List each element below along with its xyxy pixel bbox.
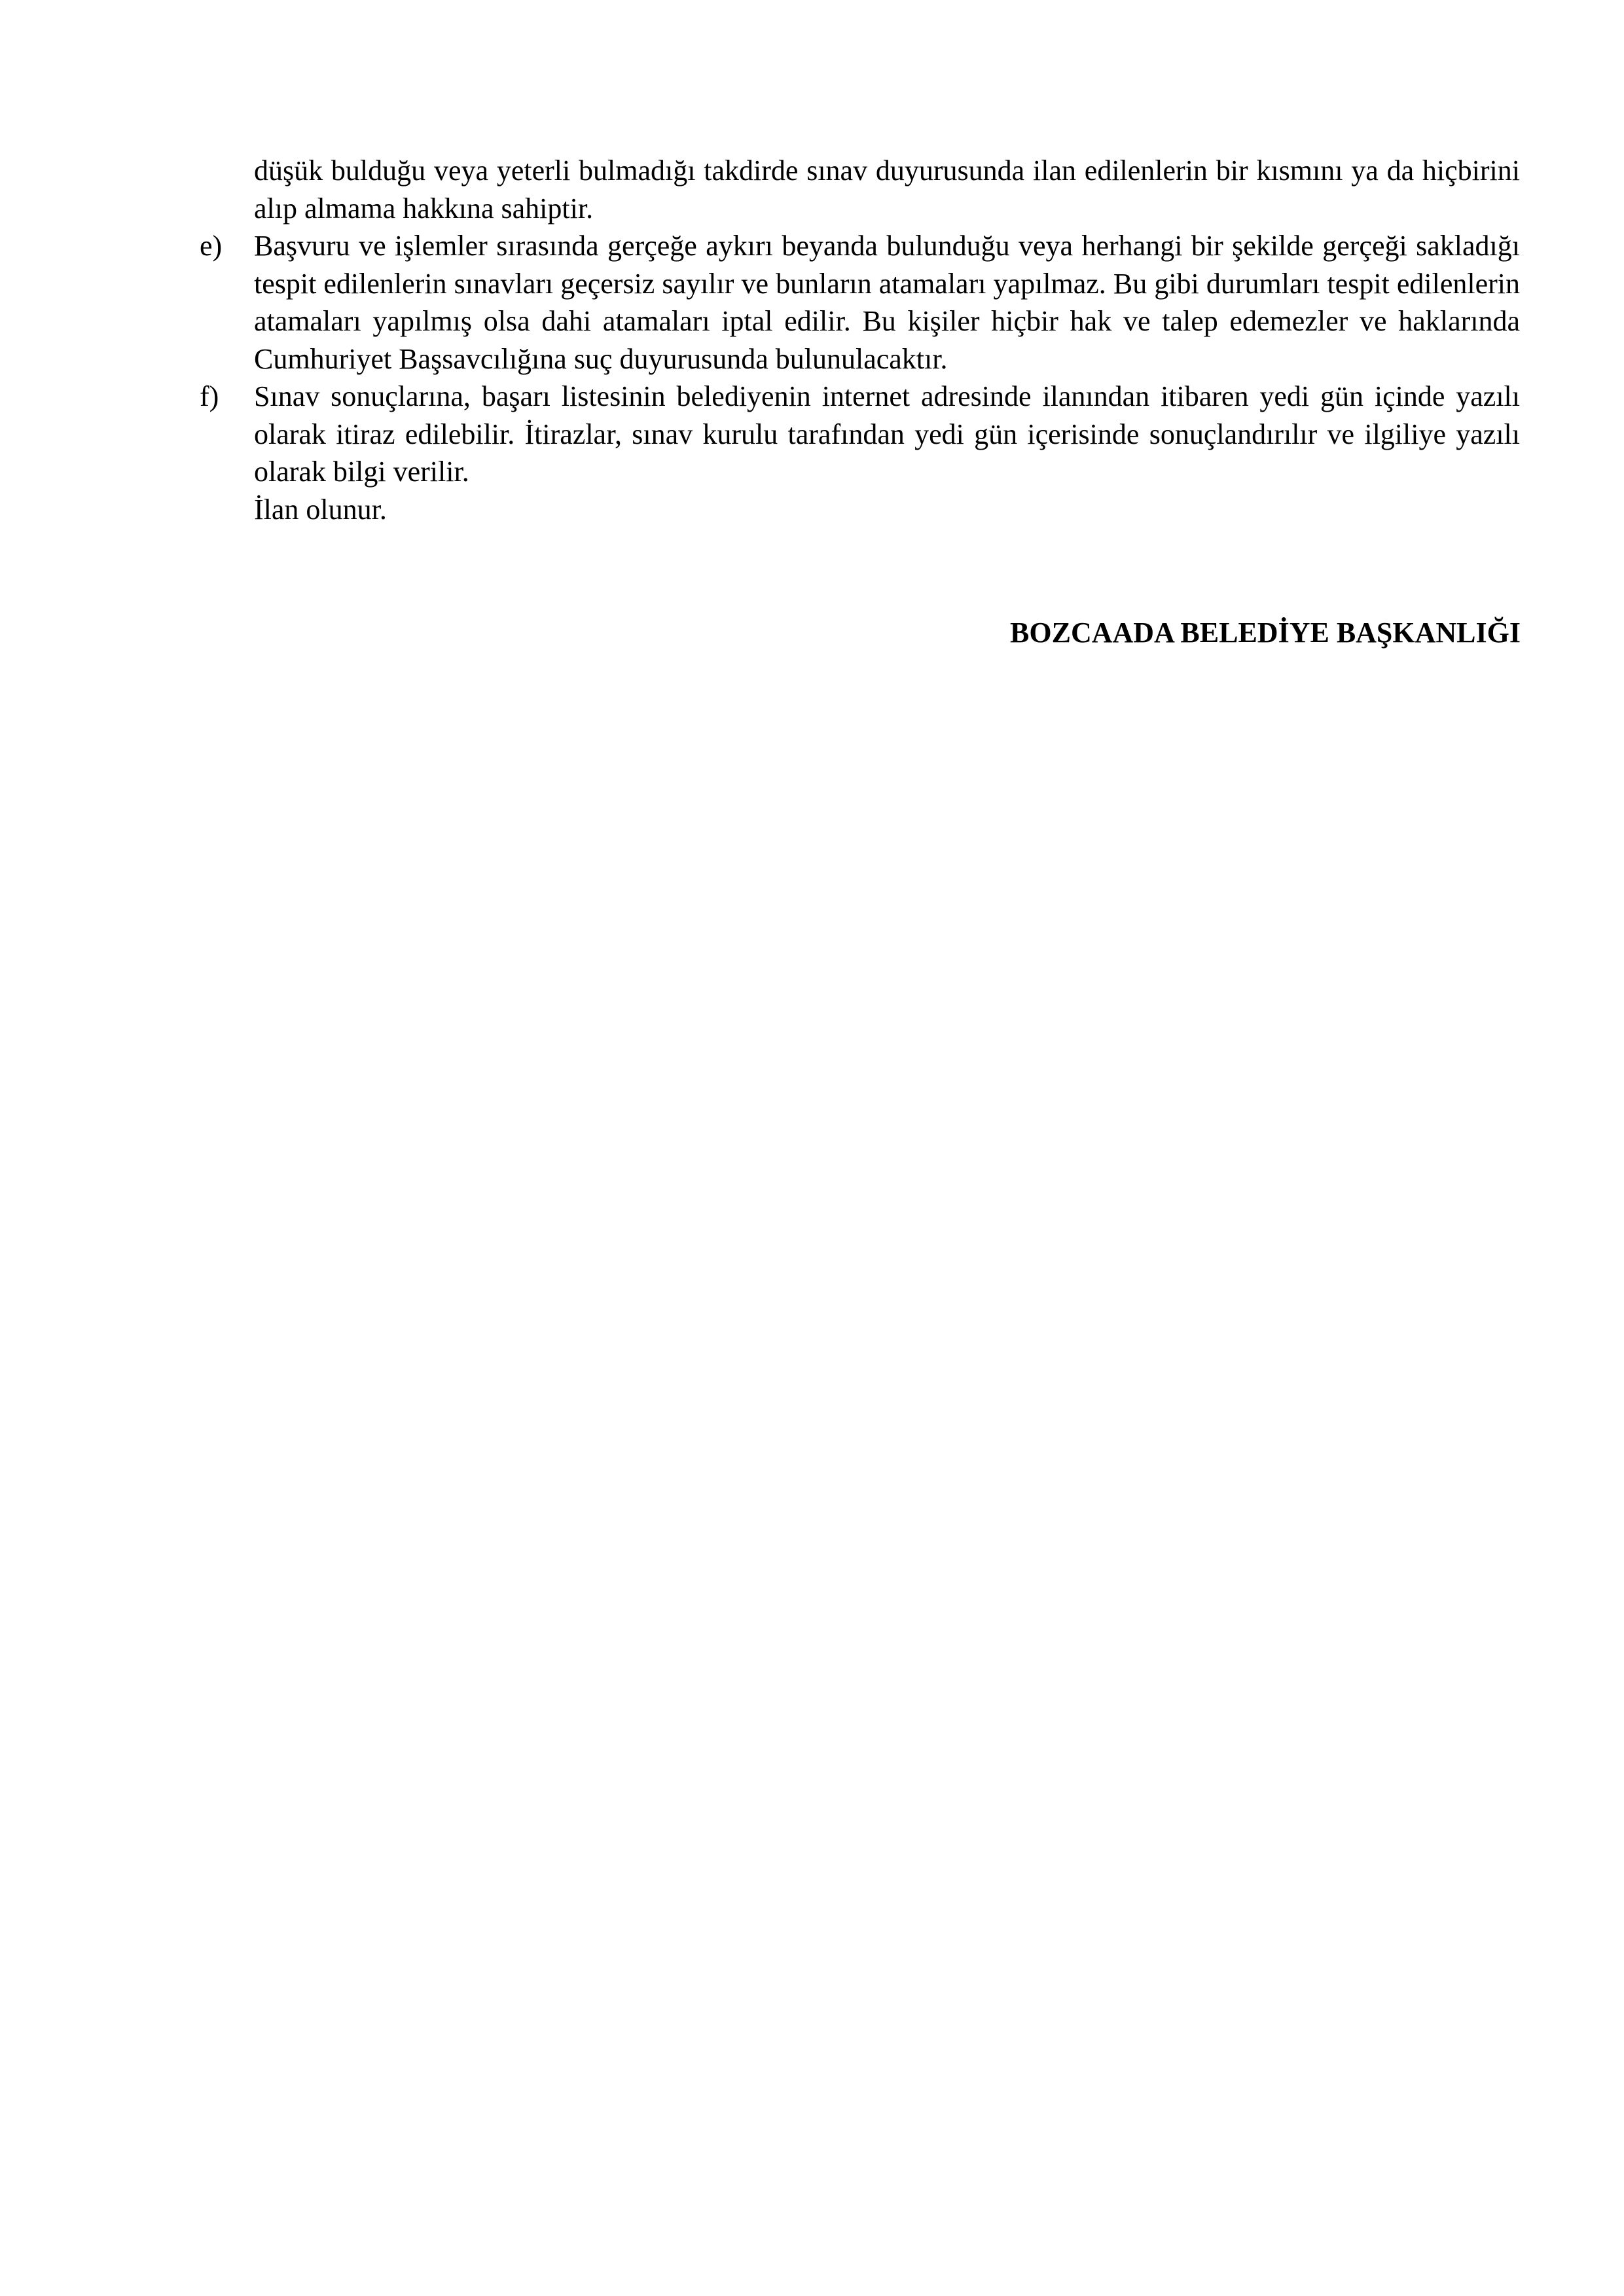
closing-line: İlan olunur.: [200, 491, 1520, 529]
continuation-paragraph: düşük bulduğu veya yeterli bulmadığı tak…: [200, 152, 1520, 227]
document-page: düşük bulduğu veya yeterli bulmadığı tak…: [0, 0, 1624, 2296]
list-item-text: Başvuru ve işlemler sırasında gerçeğe ay…: [254, 227, 1520, 378]
continuation-text: düşük bulduğu veya yeterli bulmadığı tak…: [254, 152, 1520, 227]
signature-block: BOZCAADA BELEDİYE BAŞKANLIĞI: [1010, 614, 1521, 652]
list-item-e: e) Başvuru ve işlemler sırasında gerçeğe…: [200, 227, 1520, 378]
list-marker: e): [200, 227, 222, 265]
list-item-text: Sınav sonuçlarına, başarı listesinin bel…: [254, 378, 1520, 491]
list-item-f: f) Sınav sonuçlarına, başarı listesinin …: [200, 378, 1520, 491]
list-marker: f): [200, 378, 219, 416]
document-body: düşük bulduğu veya yeterli bulmadığı tak…: [200, 152, 1520, 528]
